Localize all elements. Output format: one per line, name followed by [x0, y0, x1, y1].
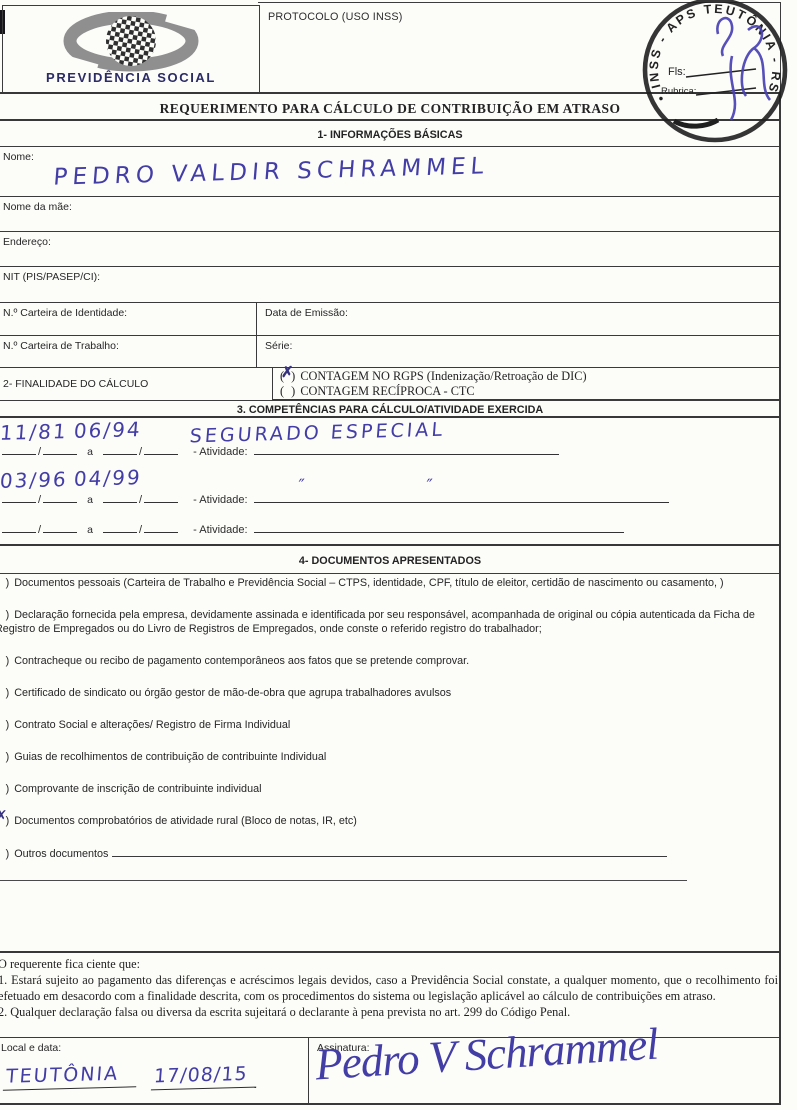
- competencia-row-2: / a / - Atividade: 03/96 04/99 ″ ″: [0, 466, 780, 514]
- competencia-row-3: / a / - Atividade:: [0, 514, 780, 544]
- outros-continuation-line: [0, 879, 687, 881]
- doc-item-contracheque: ( ) Contracheque ou recibo de pagamento …: [0, 654, 771, 668]
- option-contagem-reciproca: ( ) CONTAGEM RECÍPROCA - CTC: [280, 384, 587, 399]
- periodo-fim-handwritten: 06/94: [73, 417, 143, 443]
- logo-cell: PREVIDÊNCIA SOCIAL: [2, 5, 260, 94]
- competencias-rows: / a / - Atividade: 11/81 06/94 SEGURADO …: [0, 418, 780, 544]
- outros-blank-line: [112, 846, 667, 857]
- nome-mae-label: Nome da mãe:: [0, 197, 780, 213]
- doc-item-guias-recolhimento: ( ) Guias de recolhimentos de contribuiç…: [0, 750, 771, 764]
- local-data-label: Local e data:: [0, 1038, 308, 1054]
- section-4-heading: 4- DOCUMENTOS APRESENTADOS: [0, 544, 780, 574]
- aviso-box: O requerente fica ciente que: 1. Estará …: [0, 951, 780, 1020]
- data-handwritten: 17/08/15: [151, 1063, 259, 1091]
- cell-data-emissao: Data de Emissão:: [256, 303, 780, 335]
- handwritten-x-mark: ✗: [0, 810, 8, 824]
- documentos-list: ( ) Documentos pessoais (Carteira de Tra…: [0, 576, 771, 881]
- brand-text: PREVIDÊNCIA SOCIAL: [17, 70, 245, 85]
- form-right-border: [779, 92, 781, 1105]
- inss-stamp-icon: • INSS - APS TEUTÔNIA - RS • Fls: Rubric…: [628, 0, 797, 167]
- row-trabalho-serie: N.º Carteira de Trabalho: Série:: [0, 336, 780, 368]
- row-finalidade: 2- FINALIDADE DO CÁLCULO ( )✗ CONTAGEM N…: [0, 368, 780, 400]
- serie-label: Série:: [257, 336, 780, 352]
- aviso-intro: O requerente fica ciente que:: [0, 956, 778, 972]
- competencia-row-1: / a / - Atividade: 11/81 06/94 SEGURADO …: [0, 418, 780, 466]
- periodo-inicio-handwritten: 03/96: [0, 467, 69, 493]
- option-contagem-rgps: ( )✗ CONTAGEM NO RGPS (Indenização/Retro…: [280, 369, 587, 384]
- doc-item-certificado-sindicato: ( ) Certificado de sindicato ou órgão ge…: [0, 686, 771, 700]
- footer-row: Local e data: TEUTÔNIA 17/08/15 Assinatu…: [0, 1037, 780, 1105]
- cell-local-data: Local e data: TEUTÔNIA 17/08/15: [0, 1038, 308, 1103]
- endereco-label: Endereço:: [0, 232, 780, 248]
- nit-label: NIT (PIS/PASEP/CI):: [0, 267, 780, 283]
- handwritten-x-mark: ✗: [281, 366, 294, 381]
- finalidade-options: ( )✗ CONTAGEM NO RGPS (Indenização/Retro…: [280, 369, 587, 399]
- signature: Pedro V Schrammel: [314, 1018, 659, 1091]
- field-nome-mae: Nome da mãe:: [0, 197, 780, 232]
- field-nit: NIT (PIS/PASEP/CI):: [0, 267, 780, 303]
- previdencia-social-logo-icon: [55, 12, 207, 77]
- aviso-item-1: 1. Estará sujeito ao pagamento das difer…: [0, 972, 778, 1004]
- aviso-item-2: 2. Qualquer declaração falsa ou diversa …: [0, 1004, 778, 1020]
- option-label: CONTAGEM RECÍPROCA - CTC: [300, 384, 474, 398]
- atividade-label: - Atividade:: [193, 446, 247, 458]
- svg-text:Fls:: Fls:: [668, 66, 686, 78]
- cell-serie: Série:: [256, 336, 780, 367]
- cell-assinatura: Assinatura: Pedro V Schrammel: [308, 1038, 780, 1103]
- emissao-label: Data de Emissão:: [257, 303, 780, 319]
- periodo-fim-handwritten: 04/99: [73, 465, 143, 491]
- doc-item-contrato-social: ( ) Contrato Social e alterações/ Regist…: [0, 718, 771, 732]
- stamp-rubric-signature: [717, 18, 770, 120]
- row-identidade-emissao: N.º Carteira de Identidade: Data de Emis…: [0, 303, 780, 336]
- field-endereco: Endereço:: [0, 232, 780, 267]
- doc-item-declaracao-empresa: ( ) Declaração fornecida pela empresa, d…: [0, 608, 771, 636]
- local-handwritten: TEUTÔNIA: [3, 1062, 138, 1090]
- doc-item-comprovante-inscricao: ( ) Comprovante de inscrição de contribu…: [0, 782, 771, 796]
- option-label: CONTAGEM NO RGPS (Indenização/Retroação …: [300, 369, 586, 383]
- doc-item-atividade-rural: ( )✗ Documentos comprobatórios de ativid…: [0, 814, 771, 828]
- periodo-inicio-handwritten: 11/81: [0, 419, 69, 445]
- doc-item-pessoais: ( ) Documentos pessoais (Carteira de Tra…: [0, 576, 771, 590]
- doc-item-outros: ( ) Outros documentos: [0, 846, 771, 861]
- scanned-form-page: PREVIDÊNCIA SOCIAL PROTOCOLO (USO INSS) …: [0, 0, 797, 1110]
- section-3-heading: 3. COMPETÊNCIAS PARA CÁLCULO/ATIVIDADE E…: [0, 400, 780, 418]
- svg-text:Rubrica:: Rubrica:: [661, 86, 696, 97]
